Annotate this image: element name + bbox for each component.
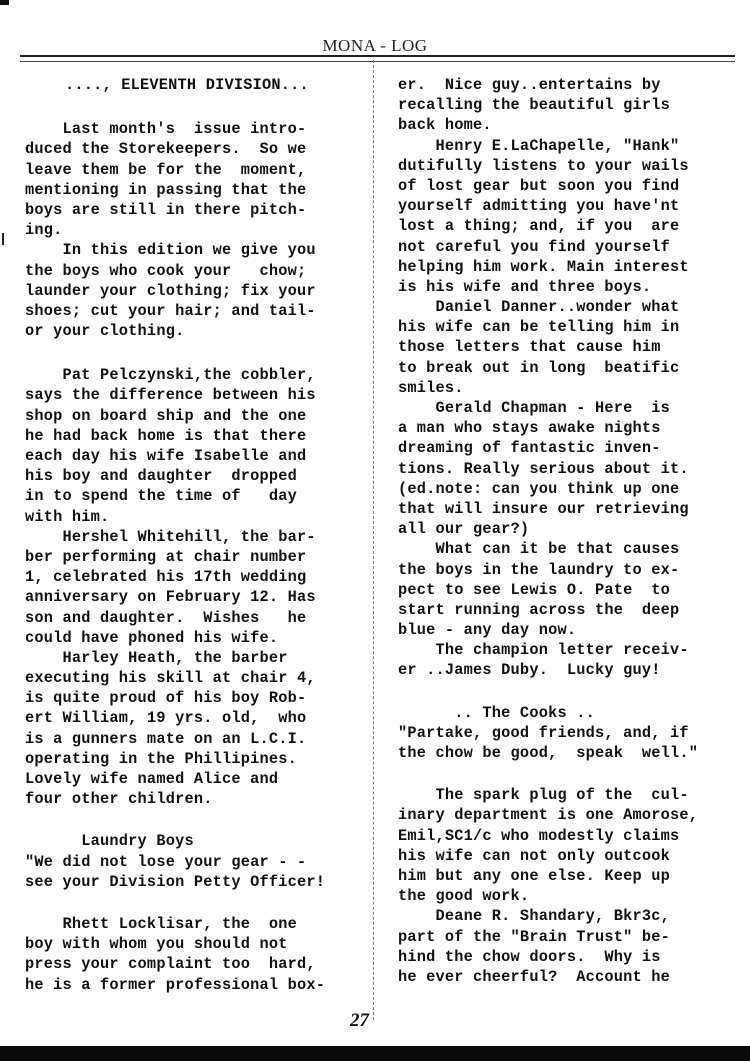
- text-line: executing his skill at chair 4,: [25, 668, 355, 688]
- text-line: that will insure our retrieving: [398, 499, 728, 519]
- paragraph-gap: [398, 763, 728, 785]
- left-column-body: Last month's issue intro-duced the Store…: [25, 95, 355, 995]
- text-line: start running across the deep: [398, 600, 728, 620]
- masthead-rule-right: [495, 55, 735, 62]
- paragraph: In this edition we give youthe boys who …: [25, 240, 355, 341]
- paragraph: The spark plug of the cul-inary departme…: [398, 785, 728, 906]
- right-column-body: er. Nice guy..entertains byrecalling the…: [398, 75, 728, 987]
- text-line: ing.: [25, 220, 355, 240]
- text-line: Daniel Danner..wonder what: [398, 297, 728, 317]
- text-line: ert William, 19 yrs. old, who: [25, 708, 355, 728]
- text-line: of lost gear but soon you find: [398, 176, 728, 196]
- text-line: his wife can not only outcook: [398, 846, 728, 866]
- paragraph-gap: [398, 681, 728, 703]
- text-line: could have phoned his wife.: [25, 628, 355, 648]
- text-line: the boys who cook your chow;: [25, 261, 355, 281]
- text-line: is a gunners mate on an L.C.I.: [25, 729, 355, 749]
- paragraph: .. The Cooks .."Partake, good friends, a…: [398, 703, 728, 764]
- text-line: Harley Heath, the barber: [25, 648, 355, 668]
- left-column: ...., ELEVENTH DIVISION... Last month's …: [25, 75, 355, 995]
- text-line: see your Division Petty Officer!: [25, 872, 355, 892]
- paragraph: Laundry Boys"We did not lose your gear -…: [25, 831, 355, 892]
- paragraph-gap: [25, 892, 355, 914]
- margin-mark: [2, 233, 4, 245]
- text-line: or your clothing.: [25, 321, 355, 341]
- text-line: Hershel Whitehill, the bar-: [25, 527, 355, 547]
- paragraph: Hershel Whitehill, the bar-ber performin…: [25, 527, 355, 648]
- paragraph: Harley Heath, the barberexecuting his sk…: [25, 648, 355, 810]
- page-bottom-edge: [0, 1046, 750, 1061]
- paragraph: er. Nice guy..entertains byrecalling the…: [398, 75, 728, 136]
- text-line: inary department is one Amorose,: [398, 805, 728, 825]
- paragraph-gap: [25, 95, 355, 119]
- text-line: blue - any day now.: [398, 620, 728, 640]
- text-line: operating in the Phillipines.: [25, 749, 355, 769]
- paragraph: Rhett Locklisar, the oneboy with whom yo…: [25, 914, 355, 995]
- paragraph: Pat Pelczynski,the cobbler,says the diff…: [25, 365, 355, 527]
- text-line: Pat Pelczynski,the cobbler,: [25, 365, 355, 385]
- text-line: is quite proud of his boy Rob-: [25, 688, 355, 708]
- text-line: the boys in the laundry to ex-: [398, 560, 728, 580]
- text-line: smiles.: [398, 378, 728, 398]
- text-line: Last month's issue intro-: [25, 119, 355, 139]
- text-line: anniversary on February 12. Has: [25, 587, 355, 607]
- text-line: him but any one else. Keep up: [398, 866, 728, 886]
- text-line: er. Nice guy..entertains by: [398, 75, 728, 95]
- text-line: er ..James Duby. Lucky guy!: [398, 660, 728, 680]
- text-line: with him.: [25, 507, 355, 527]
- text-line: leave them be for the moment,: [25, 160, 355, 180]
- masthead-title: MONA - LOG: [0, 36, 750, 56]
- text-line: dutifully listens to your wails: [398, 156, 728, 176]
- text-line: What can it be that causes: [398, 539, 728, 559]
- text-line: son and daughter. Wishes he: [25, 608, 355, 628]
- text-line: yourself admitting you have'nt: [398, 196, 728, 216]
- text-line: pect to see Lewis O. Pate to: [398, 580, 728, 600]
- text-line: Rhett Locklisar, the one: [25, 914, 355, 934]
- text-line: tions. Really serious about it.: [398, 459, 728, 479]
- paragraph-gap: [25, 809, 355, 831]
- paragraph: Daniel Danner..wonder whathis wife can b…: [398, 297, 728, 398]
- text-line: (ed.note: can you think up one: [398, 479, 728, 499]
- text-line: "We did not lose your gear - -: [25, 852, 355, 872]
- right-column: er. Nice guy..entertains byrecalling the…: [398, 75, 728, 987]
- column-divider: [373, 60, 374, 1020]
- text-line: boys are still in there pitch-: [25, 200, 355, 220]
- text-line: 1, celebrated his 17th wedding: [25, 567, 355, 587]
- text-line: shoes; cut your hair; and tail-: [25, 301, 355, 321]
- paragraph: Deane R. Shandary, Bkr3c,part of the "Br…: [398, 906, 728, 987]
- text-line: each day his wife Isabelle and: [25, 446, 355, 466]
- text-line: helping him work. Main interest: [398, 257, 728, 277]
- text-line: he had back home is that there: [25, 426, 355, 446]
- text-line: In this edition we give you: [25, 240, 355, 260]
- text-line: duced the Storekeepers. So we: [25, 139, 355, 159]
- text-line: a man who stays awake nights: [398, 418, 728, 438]
- text-line: not careful you find yourself: [398, 237, 728, 257]
- text-line: those letters that cause him: [398, 337, 728, 357]
- text-line: part of the "Brain Trust" be-: [398, 927, 728, 947]
- text-line: Henry E.LaChapelle, "Hank": [398, 136, 728, 156]
- text-line: hind the chow doors. Why is: [398, 947, 728, 967]
- text-line: .. The Cooks ..: [398, 703, 728, 723]
- paragraph: The champion letter receiv-er ..James Du…: [398, 640, 728, 680]
- text-line: his wife can be telling him in: [398, 317, 728, 337]
- text-line: Lovely wife named Alice and: [25, 769, 355, 789]
- text-line: shop on board ship and the one: [25, 406, 355, 426]
- text-line: boy with whom you should not: [25, 934, 355, 954]
- scan-corner-mark: [0, 0, 9, 5]
- text-line: four other children.: [25, 789, 355, 809]
- text-line: Deane R. Shandary, Bkr3c,: [398, 906, 728, 926]
- text-line: the good work.: [398, 886, 728, 906]
- page-number: 27: [350, 1010, 369, 1032]
- text-line: in to spend the time of day: [25, 486, 355, 506]
- masthead-rule-left: [20, 55, 496, 62]
- text-line: Emil,SC1/c who modestly claims: [398, 826, 728, 846]
- text-line: The spark plug of the cul-: [398, 785, 728, 805]
- text-line: he ever cheerful? Account he: [398, 967, 728, 987]
- text-line: lost a thing; and, if you are: [398, 216, 728, 236]
- text-line: all our gear?): [398, 519, 728, 539]
- text-line: press your complaint too hard,: [25, 954, 355, 974]
- text-line: dreaming of fantastic inven-: [398, 438, 728, 458]
- text-line: mentioning in passing that the: [25, 180, 355, 200]
- text-line: launder your clothing; fix your: [25, 281, 355, 301]
- text-line: the chow be good, speak well.": [398, 743, 728, 763]
- paragraph: Gerald Chapman - Here isa man who stays …: [398, 398, 728, 539]
- text-line: back home.: [398, 115, 728, 135]
- text-line: is his wife and three boys.: [398, 277, 728, 297]
- paragraph: Henry E.LaChapelle, "Hank"dutifully list…: [398, 136, 728, 298]
- text-line: Laundry Boys: [25, 831, 355, 851]
- text-line: recalling the beautiful girls: [398, 95, 728, 115]
- text-line: he is a former professional box-: [25, 975, 355, 995]
- text-line: ber performing at chair number: [25, 547, 355, 567]
- paragraph: Last month's issue intro-duced the Store…: [25, 119, 355, 240]
- text-line: to break out in long beatific: [398, 358, 728, 378]
- text-line: The champion letter receiv-: [398, 640, 728, 660]
- paragraph-gap: [25, 341, 355, 365]
- section-heading: ...., ELEVENTH DIVISION...: [25, 75, 355, 95]
- paragraph: What can it be that causesthe boys in th…: [398, 539, 728, 640]
- text-line: Gerald Chapman - Here is: [398, 398, 728, 418]
- text-line: "Partake, good friends, and, if: [398, 723, 728, 743]
- text-line: says the difference between his: [25, 385, 355, 405]
- text-line: his boy and daughter dropped: [25, 466, 355, 486]
